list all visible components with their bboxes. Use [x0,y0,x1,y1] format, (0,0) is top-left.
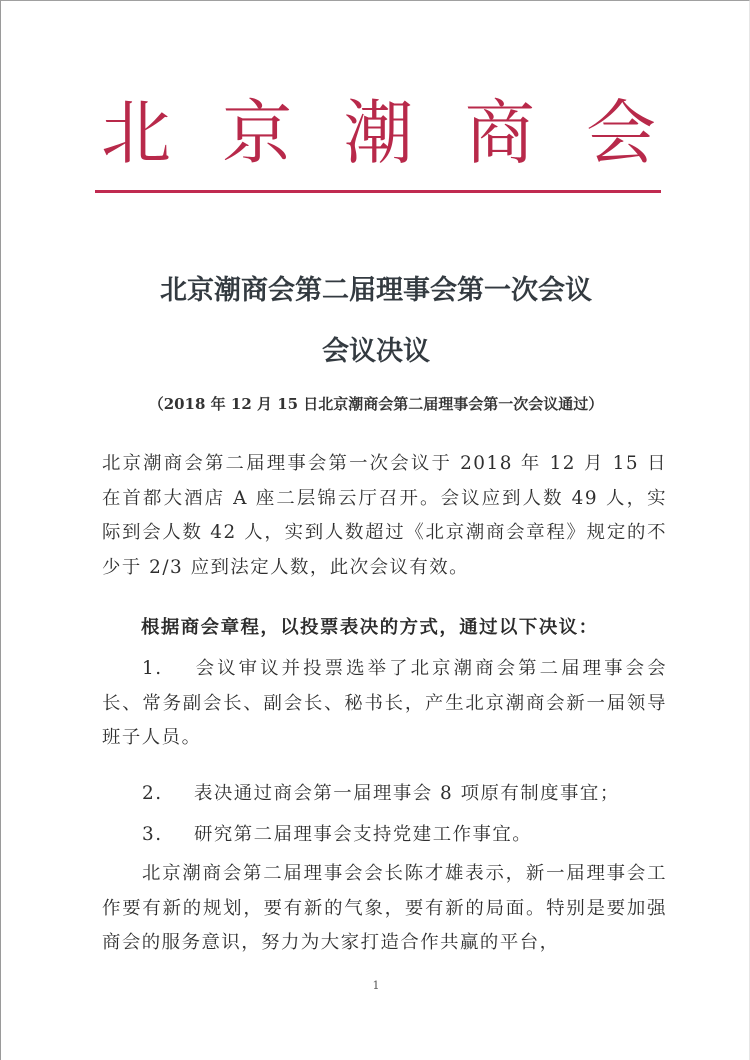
letterhead-char: 京 [217,93,297,173]
resolution-text: 表决通过商会第一届理事会 8 项原有制度事宜； [194,783,620,804]
resolution-number: 3. [142,818,194,853]
resolution-lead: 根据商会章程，以投票表决的方式，通过以下决议： [141,611,671,646]
page-number: 1 [1,979,750,992]
resolution-item: 3.研究第二届理事会支持党建工作事宜。 [102,818,667,853]
document-title: 北京潮商会第二届理事会第一次会议 [1,273,750,309]
resolution-number: 1. [142,652,194,687]
closing-paragraph: 北京潮商会第二届理事会会长陈才雄表示，新一届理事会工作要有新的规划，要有新的气象… [102,857,667,961]
letterhead-divider [95,190,661,193]
resolution-item: 1.会议审议并投票选举了北京潮商会第二届理事会会长、常务副会长、副会长、秘书长，… [102,652,667,756]
document-subtitle: （2018 年 12 月 15 日北京潮商会第二届理事会第一次会议通过） [1,393,750,415]
letterhead-char: 商 [460,93,540,173]
resolution-number: 2. [142,777,194,812]
letterhead-title: 北 京 潮 商 会 [96,93,661,173]
opening-paragraph: 北京潮商会第二届理事会第一次会议于 2018 年 12 月 15 日在首都大酒店… [102,447,667,585]
document-title-secondary: 会议决议 [1,334,750,370]
letterhead-char: 会 [581,93,661,173]
letterhead-char: 潮 [339,93,419,173]
document-page: 北 京 潮 商 会 北京潮商会第二届理事会第一次会议 会议决议 （2018 年 … [0,0,750,1060]
letterhead-char: 北 [96,93,176,173]
resolution-item: 2.表决通过商会第一届理事会 8 项原有制度事宜； [102,777,667,812]
resolution-text: 研究第二届理事会支持党建工作事宜。 [194,824,532,845]
